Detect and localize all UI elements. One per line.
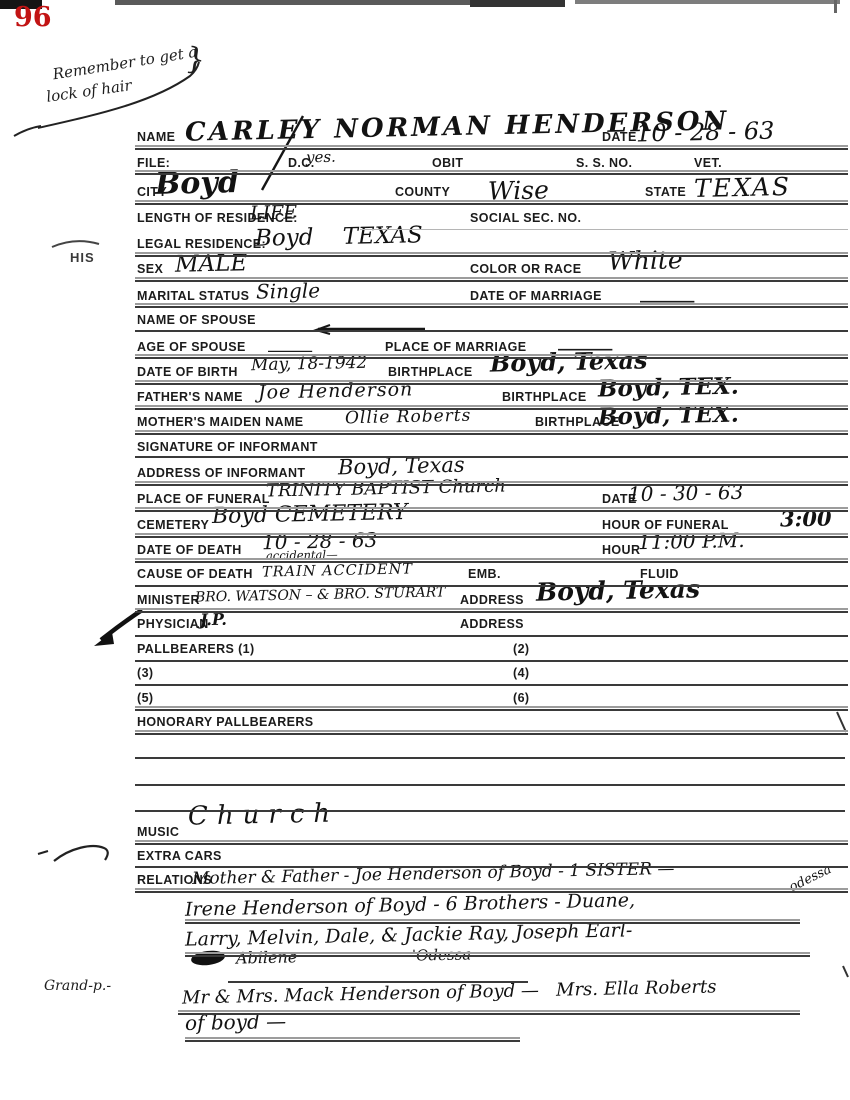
page-number: 96 <box>14 2 52 33</box>
color-or-race-value: White <box>608 247 683 274</box>
margin-his-stamp: HIS <box>70 250 95 265</box>
county-label: COUNTY <box>395 185 450 199</box>
rule-line <box>135 733 848 735</box>
relations-value-line3: Larry, Melvin, Dale, & Jackie Ray, Josep… <box>185 921 633 949</box>
state-label: STATE <box>645 185 686 199</box>
minister-label: MINISTER <box>137 593 200 607</box>
rule-line <box>135 684 848 686</box>
rule-line <box>135 866 848 868</box>
pallbearer-5-label: (5) <box>137 691 153 705</box>
pallbearer-4-label: (4) <box>513 666 529 680</box>
state-value: TEXAS <box>694 174 792 201</box>
rule-line <box>135 255 848 257</box>
signature-of-informant-label: SIGNATURE OF INFORMANT <box>137 440 318 454</box>
extra-cars-margin-dash <box>38 851 48 854</box>
rule-line <box>360 229 848 230</box>
scan-artifact <box>470 0 565 7</box>
reminder-bracket-mark: } <box>184 41 208 78</box>
place-of-funeral-value: TRINITY BAPTIST Church <box>266 477 506 500</box>
rule-line <box>135 561 848 563</box>
emb-label: EMB. <box>468 567 501 581</box>
rule-line <box>135 510 848 512</box>
rule-line <box>135 456 848 458</box>
birthplace-2-value: Boyd, TEX. <box>598 375 739 401</box>
physician-value: J.P. <box>200 612 227 629</box>
address-of-informant-value: Boyd, Texas <box>338 455 465 479</box>
physician-address-label: ADDRESS <box>460 617 524 631</box>
scratched-out-word-blot <box>190 949 225 967</box>
rule-line <box>135 635 848 637</box>
rule-line <box>135 810 845 812</box>
rule-line <box>185 955 810 957</box>
vet-label: VET. <box>694 156 722 170</box>
rule-line <box>135 357 848 359</box>
extra-cars-margin-squiggle <box>54 846 108 861</box>
rule-line <box>135 408 848 410</box>
rule-line <box>135 330 848 332</box>
cemetery-value: Boyd CEMETERY <box>212 502 408 528</box>
cause-of-death-value: TRAIN ACCIDENT <box>262 562 413 580</box>
rule-line <box>135 536 848 538</box>
cemetery-label: CEMETERY <box>137 518 209 532</box>
his-arc-mark <box>52 241 99 247</box>
minister-address-label: ADDRESS <box>460 593 524 607</box>
stray-tick-right <box>843 966 848 977</box>
margin-check-arrowhead <box>94 632 114 646</box>
dc-value: yes. <box>306 150 336 166</box>
rule-line <box>135 148 848 150</box>
color-or-race-label: COLOR OR RACE <box>470 262 581 276</box>
hour-of-death-value: 11:00 P.M. <box>638 530 745 552</box>
rule-line <box>135 843 848 845</box>
stray-mark-right <box>837 712 846 732</box>
social-sec-label: SOCIAL SEC. NO. <box>470 211 581 225</box>
rule-line <box>135 280 848 282</box>
obit-label: OBIT <box>432 156 463 170</box>
rule-line <box>135 611 848 613</box>
date-of-birth-label: DATE OF BIRTH <box>137 365 238 379</box>
date-value: 10 - 28 - 63 <box>636 119 775 146</box>
scan-artifact <box>834 0 837 13</box>
grandparents-margin-label: Grand-p.- <box>44 978 111 994</box>
honorary-pallbearers-label: HONORARY PALLBEARERS <box>137 715 314 729</box>
rule-line <box>178 1013 800 1015</box>
rule-line <box>135 383 848 385</box>
rule-line <box>135 585 848 587</box>
mothers-maiden-name-label: MOTHER'S MAIDEN NAME <box>137 415 304 429</box>
rule-line <box>185 922 800 924</box>
ssno-label: S. S. NO. <box>576 156 632 170</box>
reminder-flourish-dash <box>14 126 41 136</box>
hour-of-death-label: HOUR <box>602 543 640 557</box>
rule-line <box>135 757 845 759</box>
scan-artifact <box>115 0 470 5</box>
relations-value-line2: Irene Henderson of Boyd - 6 Brothers - D… <box>185 891 635 919</box>
pallbearer-3-label: (3) <box>137 666 153 680</box>
mothers-maiden-name-value: Ollie Roberts <box>345 408 472 428</box>
date-of-death-label: DATE OF DEATH <box>137 543 242 557</box>
rule-line <box>135 784 845 786</box>
pallbearer-6-label: (6) <box>513 691 529 705</box>
county-value: Wise <box>488 177 549 203</box>
rule-line <box>135 660 848 662</box>
birthplace-2-label: BIRTHPLACE <box>502 390 587 404</box>
pallbearer-2-label: (2) <box>513 642 529 656</box>
relations-value-line1: Mother & Father - Joe Henderson of Boyd … <box>192 861 675 888</box>
address-of-informant-label: ADDRESS OF INFORMANT <box>137 466 305 480</box>
rule-line <box>185 1040 520 1042</box>
rule-line <box>135 891 848 893</box>
legal-residence-label: LEGAL RESIDENCE: <box>137 237 266 251</box>
extra-cars-label: EXTRA CARS <box>137 849 222 863</box>
age-of-spouse-label: AGE OF SPOUSE <box>137 340 246 354</box>
rule-line <box>228 981 528 983</box>
fathers-name-label: FATHER'S NAME <box>137 390 243 404</box>
rule-line <box>135 173 848 175</box>
funeral-record-scan-page: 96 Remember to get a lock of hair } HIS … <box>0 0 850 1100</box>
date-of-marriage-label: DATE OF MARRIAGE <box>470 289 602 303</box>
name-label: NAME <box>137 130 175 144</box>
music-value: Church <box>188 800 340 829</box>
physician-label: PHYSICIAN <box>137 617 209 631</box>
scan-artifact <box>575 0 840 4</box>
marital-status-label: MARITAL STATUS <box>137 289 249 303</box>
name-of-spouse-label: NAME OF SPOUSE <box>137 313 256 327</box>
rule-line <box>135 306 848 308</box>
minister-value: BRO. WATSON – & BRO. STURART <box>195 585 446 604</box>
relations-line4-place-scratched: Abilene <box>236 949 298 966</box>
rule-line <box>135 433 848 435</box>
birthplace-1-label: BIRTHPLACE <box>388 365 473 379</box>
marital-status-value: Single <box>256 280 320 301</box>
pallbearer-1-label: PALLBEARERS (1) <box>137 642 255 656</box>
rule-line <box>135 203 848 205</box>
rule-line <box>135 709 848 711</box>
minister-address-value: Boyd, Texas <box>536 576 701 604</box>
length-of-residence-value: LIFE <box>250 204 298 224</box>
sex-label: SEX <box>137 262 163 276</box>
birthplace-3-value: Boyd, TEX. <box>598 403 739 429</box>
rule-line <box>135 484 848 486</box>
music-label: MUSIC <box>137 825 179 839</box>
cause-of-death-label: CAUSE OF DEATH <box>137 567 253 581</box>
birthplace-1-value: Boyd, Texas <box>490 348 648 375</box>
